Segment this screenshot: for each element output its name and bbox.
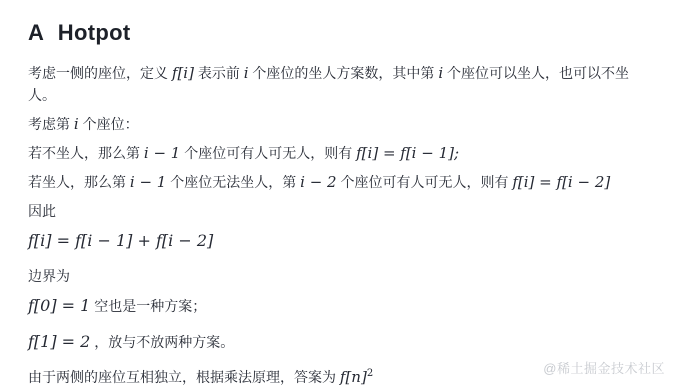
paragraph-case-empty: 若不坐人，那么第 i − 1 个座位可有人可无人，则有 f[i] = f[i −… [28,142,652,164]
text-run: ，放与不放两种方案。 [90,334,234,350]
boundary-f0: f[0] = 1 空也是一种方案； [28,294,652,319]
paragraph-consider-seat: 考虑第 i 个座位： [28,113,652,135]
text-run: 边界为 [28,268,70,284]
text-run: 个座位可有人可无人，则有 [180,145,356,161]
math-inline: f[i] = f[i − 2] [512,173,610,191]
math-inline: f[n]2 [340,368,373,385]
text-run: 若不坐人，那么第 [28,145,144,161]
text-run: 个座位的坐人方案数，其中第 [249,65,439,81]
math-inline: f[1] = 2 [28,332,90,351]
math-inline: f[i] [172,64,194,82]
text-run: 个座位可有人可无人，则有 [337,174,513,190]
paragraph-definition: 考虑一侧的座位，定义 f[i] 表示前 i 个座位的坐人方案数，其中第 i 个座… [28,62,652,106]
text-run: 表示前 [194,65,244,81]
text-run: 个座位： [79,116,139,132]
paragraph-therefore: 因此 [28,200,652,222]
community-watermark: @稀土掘金技术社区 [543,358,665,377]
text-run: 由于两侧的座位互相独立，根据乘法原理，答案为 [28,369,340,385]
math-inline: i − 1 [130,173,166,191]
paragraph-boundary: 边界为 [28,265,652,287]
math-superscript: 2 [367,368,373,379]
math-inline: i − 2 [300,173,336,191]
math-base: f[n] [340,368,367,385]
paragraph-case-occupied: 若坐人，那么第 i − 1 个座位无法坐人，第 i − 2 个座位可有人可无人，… [28,171,652,193]
math-inline: f[0] = 1 [28,296,90,315]
text-run: 若坐人，那么第 [28,174,130,190]
text-run: 考虑第 [28,116,74,132]
text-run: 空也是一种方案； [90,298,206,314]
text-run: 因此 [28,203,56,219]
math-display: f[i] = f[i − 1] + f[i − 2] [28,231,213,250]
page-title: A Hotpot [28,20,652,46]
recurrence-formula: f[i] = f[i − 1] + f[i − 2] [28,229,652,254]
document-body: A Hotpot 考虑一侧的座位，定义 f[i] 表示前 i 个座位的坐人方案数… [0,0,680,385]
text-run: 个座位无法坐人，第 [166,174,300,190]
text-run: 考虑一侧的座位，定义 [28,65,172,81]
boundary-f1: f[1] = 2 ，放与不放两种方案。 [28,330,652,355]
math-inline: i − 1 [144,144,180,162]
math-inline: f[i] = f[i − 1]; [356,144,459,162]
